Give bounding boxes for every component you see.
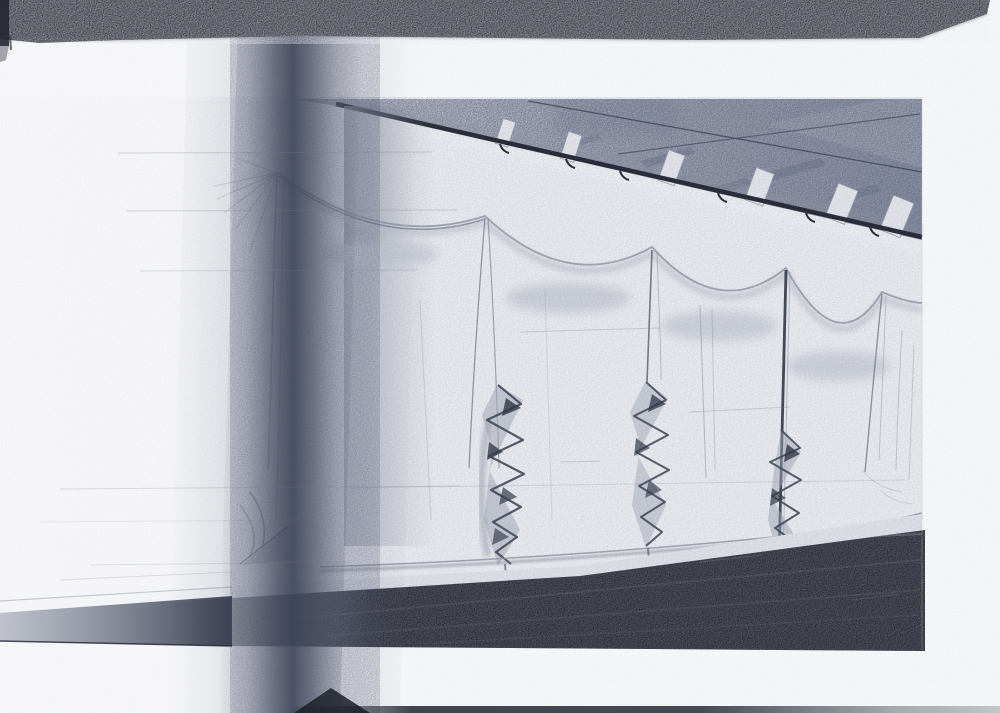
photocopy-canvas	[0, 0, 1000, 713]
scanned-book-spread	[0, 0, 1000, 713]
global-grain	[0, 0, 1000, 713]
